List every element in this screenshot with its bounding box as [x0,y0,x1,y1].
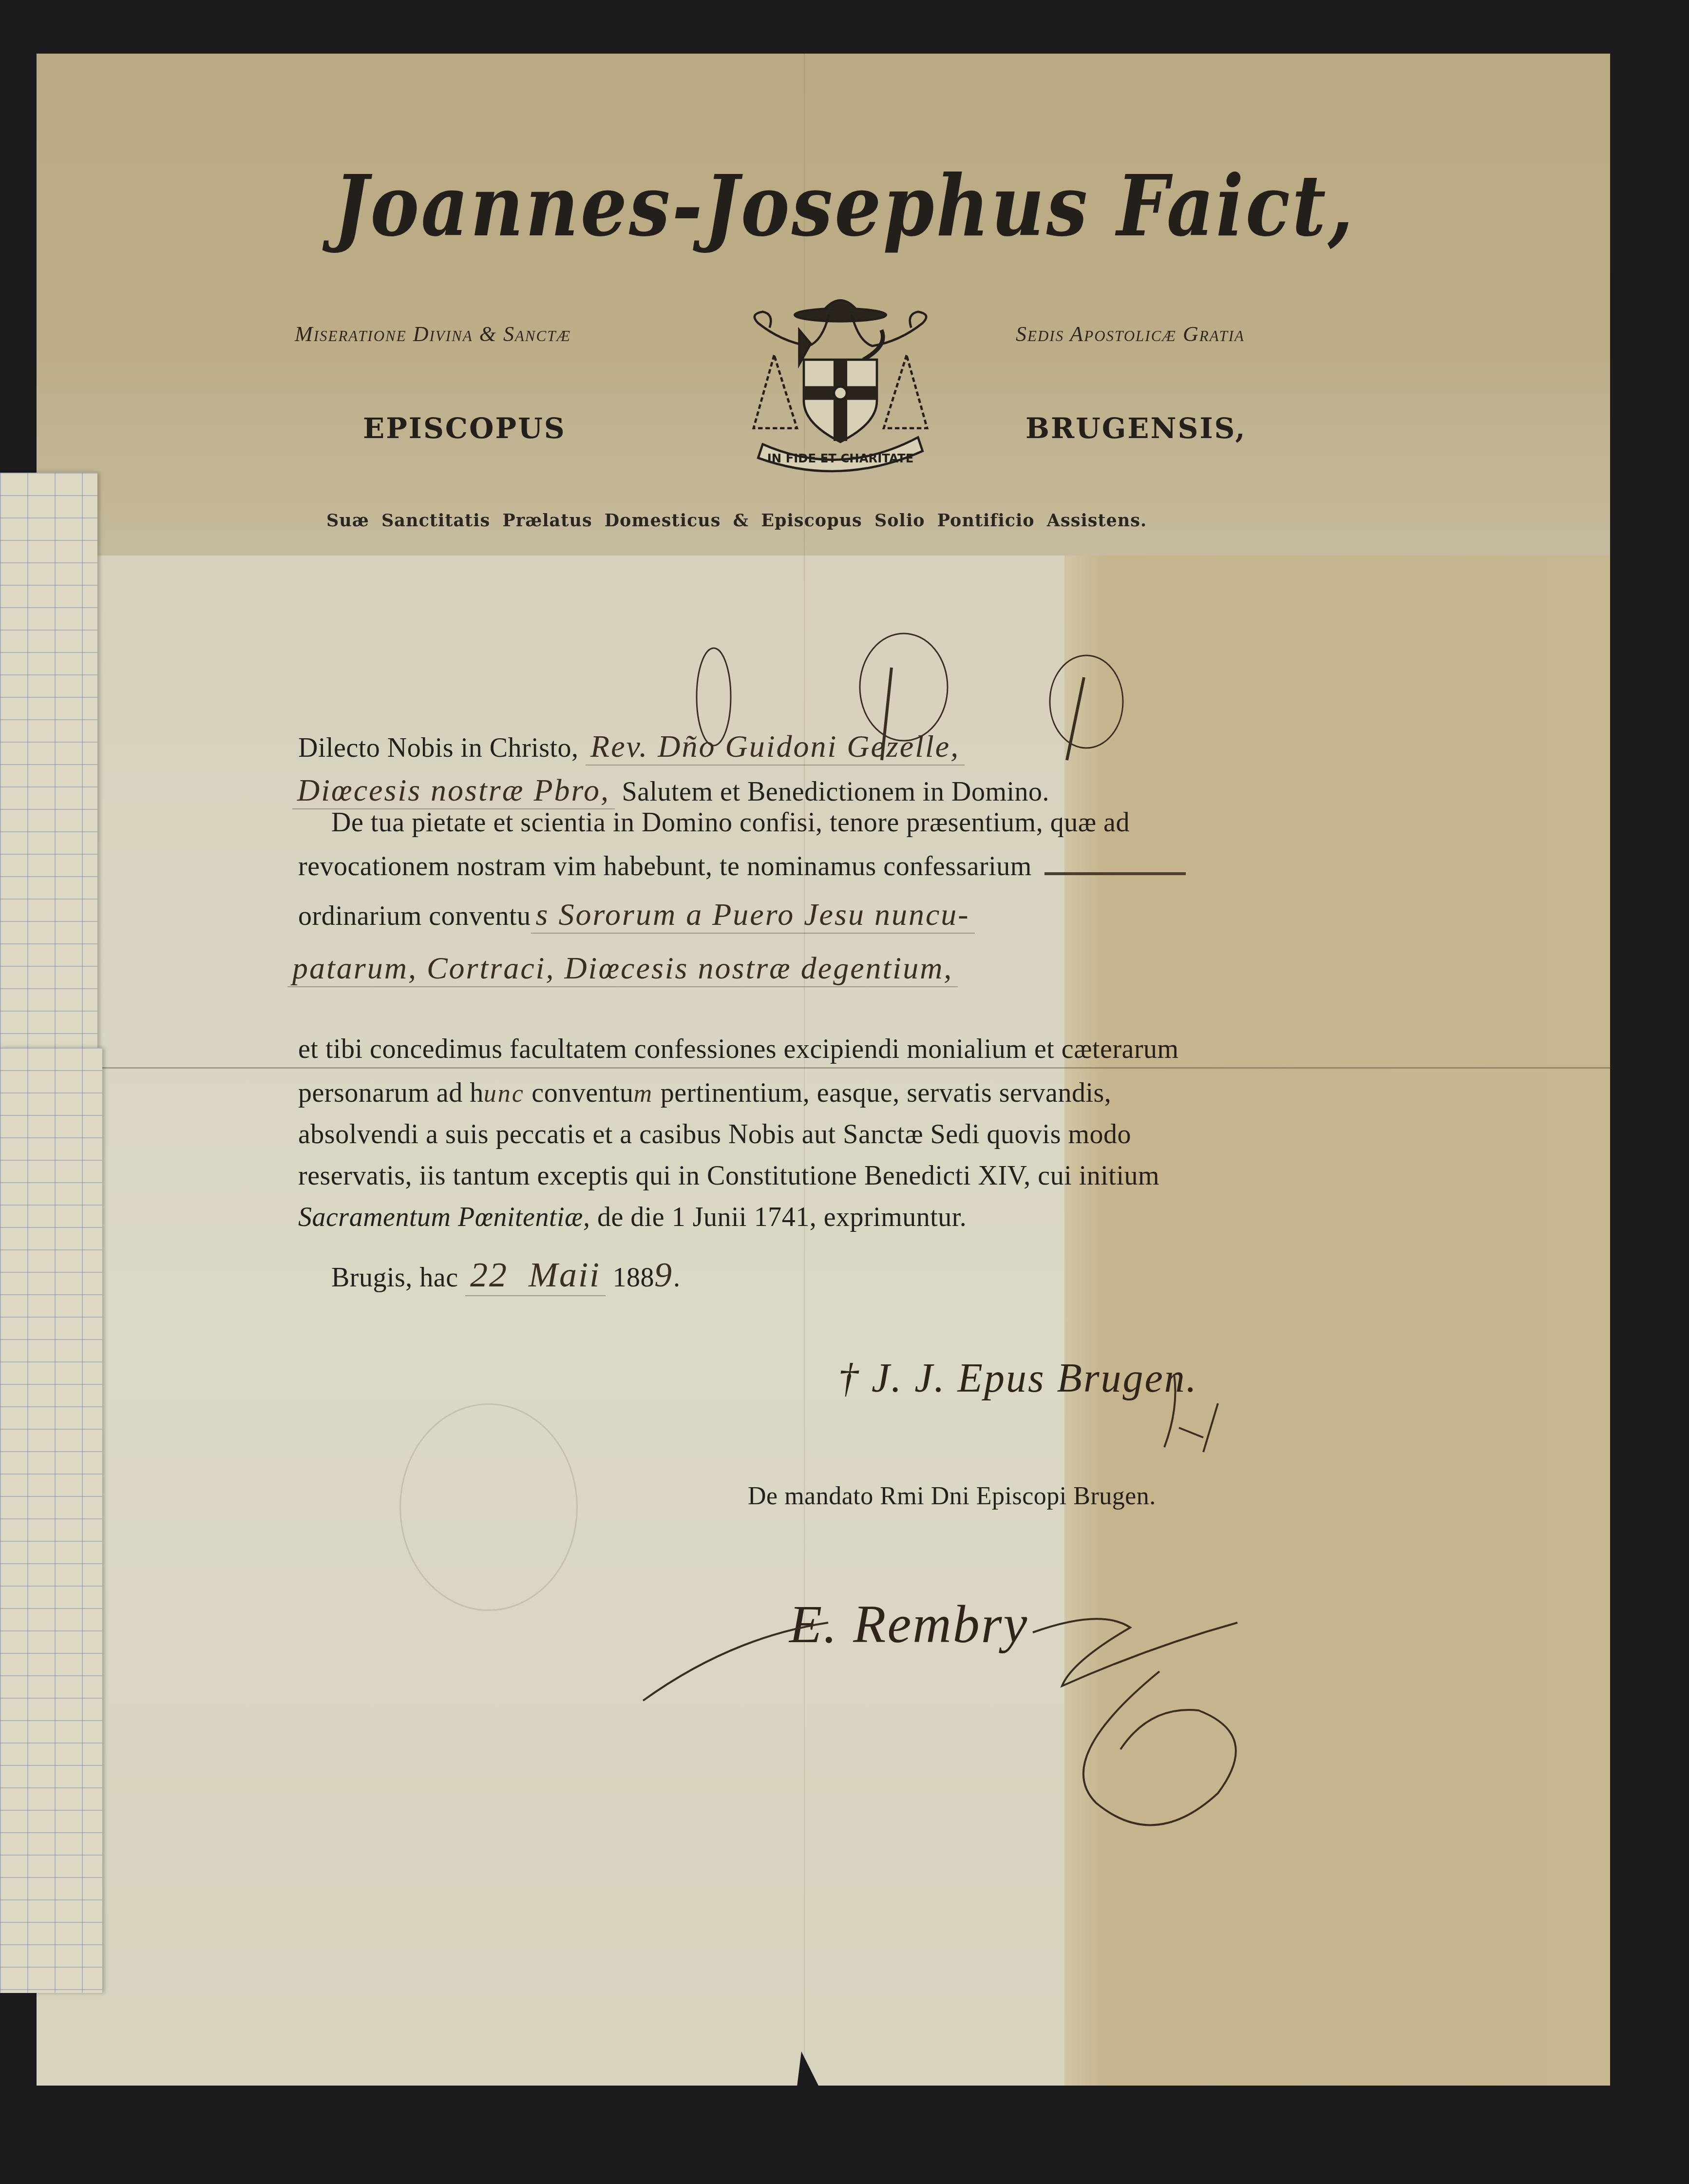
embossed-seal [399,1403,578,1611]
body-line-5: ordinarium conventus Sororum a Puero Jes… [298,899,975,930]
dateline-print: Brugis, hac [331,1263,458,1293]
body-line-4: revocationem nostram vim habebunt, te no… [298,853,1186,880]
graph-paper-sheet-upper [0,473,97,1072]
handwritten-m: m [634,1080,654,1108]
sheet-right-panel [1064,556,1610,2086]
mandate-line: De mandato Rmi Dni Episcopi Brugen. [748,1484,1156,1509]
handwriting-capital-loops-icon [658,638,1437,785]
salutation-print: Dilecto Nobis in Christo, [298,733,579,763]
body-line-11: Sacramentum Pœnitentiæ, de die 1 Junii 1… [298,1204,967,1231]
bishop-signature: † J. J. Epus Brugen. [838,1355,1198,1402]
body-line-4-text: revocationem nostram vim habebunt, te no… [298,851,1032,881]
dateline: Brugis, hac 22 Maii 1889. [331,1257,681,1292]
body-line-8: personarum ad hunc conventum pertinentiu… [298,1079,1111,1107]
letterhead-right-small: Sedis Apostolicæ Gratia [1016,322,1245,346]
date-month: Maii [529,1255,601,1294]
body-line-3: De tua pietate et scientia in Domino con… [331,809,1130,836]
diocese-handwritten: Diœcesis nostræ Pbro, [292,773,615,809]
bishop-signature-flourish-icon [1145,1355,1291,1452]
coat-of-arms-icon: IN FIDE ET CHARITATE [731,285,950,480]
body-line-8-c: pertinentium, easque, servatis servandis… [653,1078,1111,1108]
graph-paper-sheet-lower [0,1048,102,1993]
letterhead-left-small: Miseratione Divina & Sanctæ [295,322,571,346]
letterhead-episcopus: EPISCOPUS [363,412,566,445]
body-line-10: reservatis, iis tantum exceptis qui in C… [298,1162,1159,1189]
year-print: 188 [613,1263,655,1293]
date-handwritten: 22 Maii [465,1255,606,1296]
constitution-title: Sacramentum Pœnitentiæ, [298,1202,590,1232]
horizontal-fold [37,1067,1610,1069]
secretary-signature-flourish-icon [633,1550,1388,1842]
letterhead-subtitle: Suæ Sanctitatis Prælatus Domesticus & Ep… [326,511,1147,531]
handwritten-unc: unc [484,1080,525,1108]
body-line-6: patarum, Cortraci, Diœcesis nostræ degen… [287,953,958,984]
letterhead-brugensis: BRUGENSIS, [1025,412,1247,445]
body-line-7: et tibi concedimus facultatem confession… [298,1035,1179,1063]
dateline-period: . [673,1263,681,1293]
body-line-9: absolvendi a suis peccatis et a casibus … [298,1121,1131,1148]
svg-text:IN FIDE ET CHARITATE: IN FIDE ET CHARITATE [767,451,914,465]
body-line-11-rest: de die 1 Junii 1741, exprimuntur. [590,1202,967,1232]
struck-blank [1044,872,1186,875]
body-line-5-print: ordinarium conventu [298,901,531,931]
year-handwritten: 9 [654,1255,673,1294]
date-day: 22 [470,1255,508,1294]
convent-name-handwritten: s Sororum a Puero Jesu nuncu- [531,897,975,934]
letterhead-name: Joannes-Josephus Faict, [0,157,1689,255]
body-line-8-a: personarum ad h [298,1078,484,1108]
body-line-8-b: conventu [525,1078,634,1108]
convent-location-handwritten: patarum, Cortraci, Diœcesis nostræ degen… [287,951,958,987]
